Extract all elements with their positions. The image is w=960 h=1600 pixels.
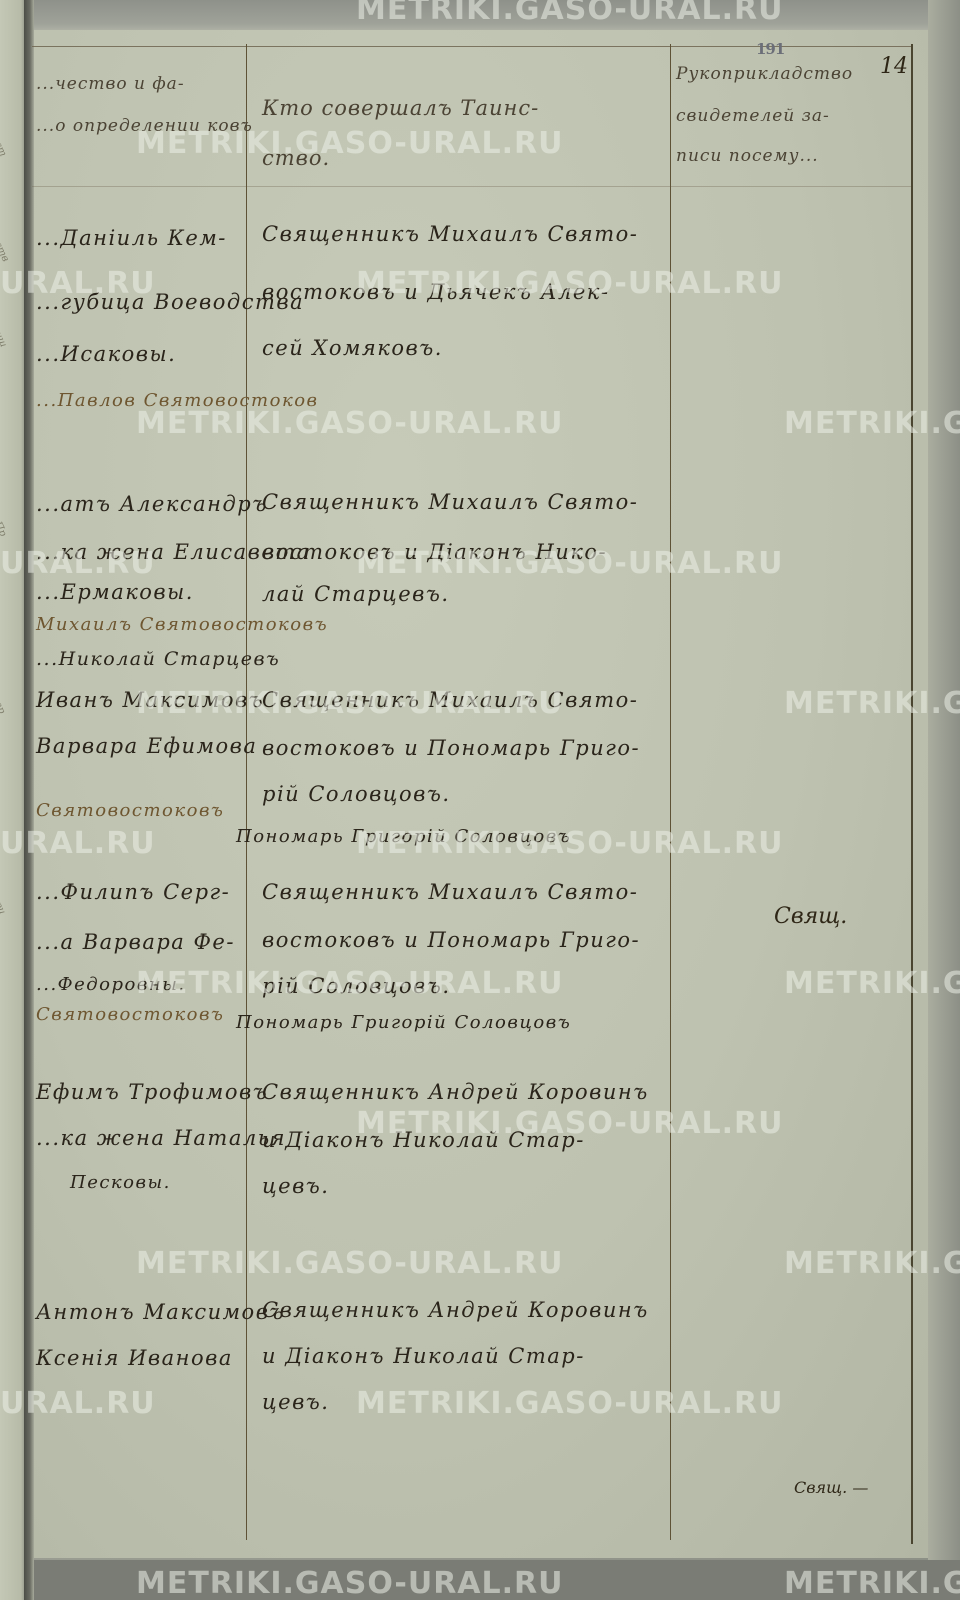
- entry-3-left-pre: ...Николай Старцевъ: [36, 648, 280, 670]
- entry-1-signature: ...Павлов Святовостоков: [36, 390, 319, 411]
- entry-2-middle-line-1: Священникъ Михаилъ Свято-: [262, 490, 638, 514]
- entry-4-left-line-1: ...Филипъ Серг-: [36, 880, 230, 904]
- entry-6-middle-line-3: цевъ.: [262, 1390, 329, 1414]
- margin-writing: вр: [0, 700, 7, 716]
- entry-1-left-line-1: ...Даніиль Кем-: [36, 226, 227, 250]
- entry-6-left-line-1: Антонъ Максимовъ: [36, 1300, 285, 1324]
- entry-5-middle-line-2: и Діаконъ Николай Стар-: [262, 1128, 585, 1152]
- entry-3-signature: Святовостоковъ: [36, 800, 224, 821]
- margin-writing: ст: [0, 140, 8, 158]
- entry-5-left-line-1: Ефимъ Трофимовъ: [36, 1080, 268, 1104]
- page-number-pencil: 191: [756, 40, 784, 58]
- entry-4-middle-line-3: рій Соловцовъ.: [262, 974, 451, 998]
- footer-note: Свящ. —: [794, 1478, 868, 1497]
- entry-1-middle-line-1: Священникъ Михаилъ Свято-: [262, 222, 638, 246]
- entry-1-middle-line-2: востоковъ и Дьячекъ Алек-: [262, 280, 609, 304]
- entry-4-witness-signature: Свящ.: [774, 904, 847, 929]
- entry-2-middle-line-3: лай Старцевъ.: [262, 582, 450, 606]
- entry-3-middle-line-1: Священникъ Михаилъ Свято-: [262, 688, 638, 712]
- top-page-edge: [32, 0, 932, 34]
- entry-5-left-line-3: Песковы.: [70, 1172, 171, 1193]
- book-gutter: [24, 0, 34, 1600]
- page-number-ink: 14: [880, 54, 908, 79]
- column-divider-2: [670, 44, 671, 1540]
- bottom-page-edge: [0, 1560, 960, 1600]
- entry-3-middle-signature: Пономарь Григорій Соловцовъ: [236, 826, 571, 847]
- margin-writing: иш: [0, 330, 9, 349]
- entry-1-left-line-3: ...Исаковы.: [36, 342, 176, 366]
- entry-4-left-line-3: ...Федоровны.: [36, 974, 186, 995]
- entry-4-middle-signature: Пономарь Григорій Соловцовъ: [236, 1012, 571, 1033]
- entry-2-left-line-3: ...Ермаковы.: [36, 580, 194, 604]
- entry-2-left-line-1: ...атъ Александръ: [36, 492, 268, 516]
- header-right-line-2: свидетелей за-: [676, 106, 830, 126]
- margin-writing: ри: [0, 900, 7, 916]
- entry-1-middle-line-3: сей Хомяковъ.: [262, 336, 443, 360]
- entry-5-middle-line-1: Священникъ Андрей Коровинъ: [262, 1080, 649, 1104]
- entry-2-signature: Михаилъ Святовостоковъ: [36, 614, 328, 635]
- entry-2-middle-line-2: востоковъ и Діаконъ Нико-: [262, 540, 607, 564]
- header-middle-line-2: ство.: [262, 146, 330, 170]
- entry-6-left-line-2: Ксенія Иванова: [36, 1346, 233, 1370]
- entry-4-middle-line-1: Священникъ Михаилъ Свято-: [262, 880, 638, 904]
- register-page: [32, 30, 932, 1558]
- entry-3-middle-line-3: рій Соловцовъ.: [262, 782, 451, 806]
- right-page-edge: [928, 0, 960, 1600]
- entry-3-left-line-2: Варвара Ефимова: [36, 734, 257, 758]
- entry-4-signature: Святовостоковъ: [36, 1004, 224, 1025]
- margin-writing: Пр: [0, 520, 8, 538]
- header-right-line-1: Рукоприкладство: [676, 64, 853, 84]
- entry-4-left-line-2: ...а Варвара Фе-: [36, 930, 235, 954]
- header-middle-line-1: Кто совершалъ Таинс-: [262, 96, 539, 120]
- header-left-line-2: ...о определении ковъ: [36, 116, 253, 136]
- header-bottom-rule: [32, 186, 912, 187]
- header-right-line-3: писи посему...: [676, 146, 819, 166]
- entry-4-middle-line-2: востоковъ и Пономарь Григо-: [262, 928, 640, 952]
- margin-writing: ств: [0, 240, 11, 264]
- entry-6-middle-line-2: и Діаконъ Николай Стар-: [262, 1344, 585, 1368]
- entry-3-middle-line-2: востоковъ и Пономарь Григо-: [262, 736, 640, 760]
- entry-5-left-line-2: ...ка жена Наталья: [36, 1126, 286, 1150]
- header-left-line-1: ...чество и фа-: [36, 74, 185, 94]
- right-border-rule: [911, 44, 913, 1544]
- entry-6-middle-line-1: Священникъ Андрей Коровинъ: [262, 1298, 649, 1322]
- entry-5-middle-line-3: цевъ.: [262, 1174, 329, 1198]
- entry-3-left-line-1: Иванъ Максимовъ: [36, 688, 264, 712]
